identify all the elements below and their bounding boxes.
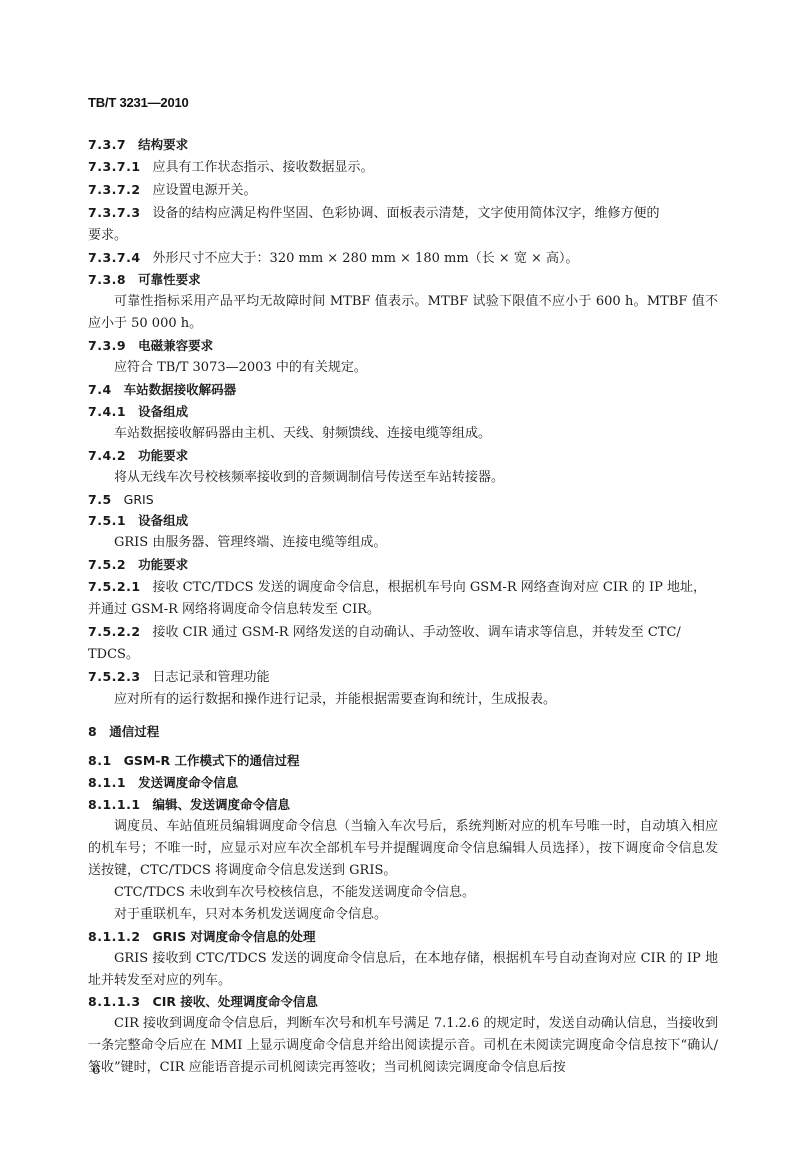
clause: 7.3.7.1应具有工作状态指示、接收数据显示。 bbox=[88, 156, 718, 179]
section-number: 7.4.1 bbox=[88, 401, 126, 423]
section-heading: 8.1.1发送调度命令信息 bbox=[88, 772, 718, 794]
clause: 7.3.7.3设备的结构应满足构件坚固、色彩协调、面板表示清楚，文字使用简体汉字… bbox=[88, 202, 718, 225]
section-heading: 7.5.1设备组成 bbox=[88, 510, 718, 532]
paragraph: CTC/TDCS 未收到车次号校核信息，不能发送调度命令信息。 bbox=[88, 882, 718, 904]
section-title: 功能要求 bbox=[138, 448, 188, 463]
clause-number: 7.5.2.3 bbox=[88, 669, 141, 684]
paragraph: 应对所有的运行数据和操作进行记录，并能根据需要查询和统计，生成报表。 bbox=[88, 689, 718, 711]
section-number: 7.4 bbox=[88, 379, 112, 401]
section-title: GRIS 对调度命令信息的处理 bbox=[153, 929, 316, 944]
clause-continuation: 并通过 GSM-R 网络将调度命令信息转发至 CIR。 bbox=[88, 599, 718, 621]
clause-text: 接收 CTC/TDCS 发送的调度命令信息，根据机车号向 GSM-R 网络查询对… bbox=[153, 580, 706, 595]
section-number: 7.5 bbox=[88, 489, 112, 511]
clause-text: 应设置电源开关。 bbox=[153, 183, 257, 198]
section-title: 车站数据接收解码器 bbox=[124, 382, 237, 397]
section-heading: 8.1.1.1编辑、发送调度命令信息 bbox=[88, 794, 718, 816]
section-title: 电磁兼容要求 bbox=[138, 338, 213, 353]
section-heading: 8.1.1.3CIR 接收、处理调度命令信息 bbox=[88, 991, 718, 1013]
paragraph: CIR 接收到调度命令信息后，判断车次号和机车号满足 7.1.2.6 的规定时，… bbox=[88, 1013, 718, 1079]
page-number: 6 bbox=[92, 1063, 100, 1078]
section-number: 8.1.1.3 bbox=[88, 991, 141, 1013]
section-number: 7.5.2 bbox=[88, 554, 126, 576]
clause-continuation: 要求。 bbox=[88, 225, 718, 247]
paragraph: 可靠性指标采用产品平均无故障时间 MTBF 值表示。MTBF 试验下限值不应小于… bbox=[88, 291, 718, 335]
clause-number: 7.3.7.4 bbox=[88, 250, 141, 265]
section-heading: 7.5GRIS bbox=[88, 489, 718, 511]
section-title: 功能要求 bbox=[138, 557, 188, 572]
paragraph: GRIS 由服务器、管理终端、连接电缆等组成。 bbox=[88, 532, 718, 554]
clause-text: 日志记录和管理功能 bbox=[153, 670, 270, 685]
section-title: GRIS bbox=[124, 492, 154, 507]
section-number: 8.1.1.1 bbox=[88, 794, 141, 816]
section-number: 8.1.1 bbox=[88, 772, 126, 794]
clause-text: 设备的结构应满足构件坚固、色彩协调、面板表示清楚，文字使用简体汉字，维修方便的 bbox=[153, 206, 660, 221]
paragraph: GRIS 接收到 CTC/TDCS 发送的调度命令信息后，在本地存储，根据机车号… bbox=[88, 948, 718, 992]
section-title: GSM-R 工作模式下的通信过程 bbox=[124, 753, 300, 768]
paragraph: 调度员、车站值班员编辑调度命令信息（当输入车次号后，系统判断对应的机车号唯一时，… bbox=[88, 816, 718, 882]
section-number: 7.3.7 bbox=[88, 134, 126, 156]
clause: 7.5.2.3日志记录和管理功能 bbox=[88, 666, 718, 689]
section-number: 8.1 bbox=[88, 750, 112, 772]
clause-continuation: TDCS。 bbox=[88, 644, 718, 666]
section-title: 结构要求 bbox=[138, 137, 188, 152]
section-number: 7.3.8 bbox=[88, 269, 126, 291]
section-title: CIR 接收、处理调度命令信息 bbox=[153, 994, 318, 1009]
section-number: 7.4.2 bbox=[88, 445, 126, 467]
clause-number: 7.3.7.2 bbox=[88, 182, 141, 197]
standard-number-header: TB/T 3231—2010 bbox=[88, 95, 189, 110]
paragraph: 车站数据接收解码器由主机、天线、射频馈线、连接电缆等组成。 bbox=[88, 423, 718, 445]
section-title: 设备组成 bbox=[138, 404, 188, 419]
section-number: 8.1.1.2 bbox=[88, 926, 141, 948]
section-heading: 7.4.1设备组成 bbox=[88, 401, 718, 423]
chapter-title: 通信过程 bbox=[109, 724, 159, 739]
clause-number: 7.3.7.3 bbox=[88, 205, 141, 220]
section-title: 设备组成 bbox=[138, 513, 188, 528]
clause-text: 外形尺寸不应大于：320 mm × 280 mm × 180 mm（长 × 宽 … bbox=[153, 251, 579, 266]
section-heading: 7.3.7结构要求 bbox=[88, 134, 718, 156]
section-number: 7.3.9 bbox=[88, 335, 126, 357]
chapter-heading: 8通信过程 bbox=[88, 721, 718, 743]
section-title: 发送调度命令信息 bbox=[138, 775, 238, 790]
paragraph: 应符合 TB/T 3073—2003 中的有关规定。 bbox=[88, 357, 718, 379]
paragraph: 对于重联机车，只对本务机发送调度命令信息。 bbox=[88, 904, 718, 926]
chapter-number: 8 bbox=[88, 721, 97, 743]
paragraph: 将从无线车次号校核频率接收到的音频调制信号传送至车站转接器。 bbox=[88, 467, 718, 489]
clause: 7.5.2.1接收 CTC/TDCS 发送的调度命令信息，根据机车号向 GSM-… bbox=[88, 576, 718, 599]
clause-number: 7.3.7.1 bbox=[88, 159, 141, 174]
section-heading: 7.4.2功能要求 bbox=[88, 445, 718, 467]
clause: 7.5.2.2接收 CIR 通过 GSM-R 网络发送的自动确认、手动签收、调车… bbox=[88, 621, 718, 644]
clause-text: 接收 CIR 通过 GSM-R 网络发送的自动确认、手动签收、调车请求等信息，并… bbox=[153, 625, 681, 640]
section-title: 可靠性要求 bbox=[138, 272, 201, 287]
clause: 7.3.7.2应设置电源开关。 bbox=[88, 179, 718, 202]
section-heading: 7.5.2功能要求 bbox=[88, 554, 718, 576]
section-heading: 8.1.1.2GRIS 对调度命令信息的处理 bbox=[88, 926, 718, 948]
clause: 7.3.7.4外形尺寸不应大于：320 mm × 280 mm × 180 mm… bbox=[88, 247, 718, 270]
section-title: 编辑、发送调度命令信息 bbox=[153, 797, 291, 812]
section-heading: 7.3.8可靠性要求 bbox=[88, 269, 718, 291]
clause-number: 7.5.2.2 bbox=[88, 624, 141, 639]
clause-text: 应具有工作状态指示、接收数据显示。 bbox=[153, 160, 374, 175]
clause-number: 7.5.2.1 bbox=[88, 579, 141, 594]
section-heading: 8.1GSM-R 工作模式下的通信过程 bbox=[88, 750, 718, 772]
section-number: 7.5.1 bbox=[88, 510, 126, 532]
section-heading: 7.3.9电磁兼容要求 bbox=[88, 335, 718, 357]
document-body: 7.3.7结构要求 7.3.7.1应具有工作状态指示、接收数据显示。 7.3.7… bbox=[88, 134, 718, 1079]
section-heading: 7.4车站数据接收解码器 bbox=[88, 379, 718, 401]
